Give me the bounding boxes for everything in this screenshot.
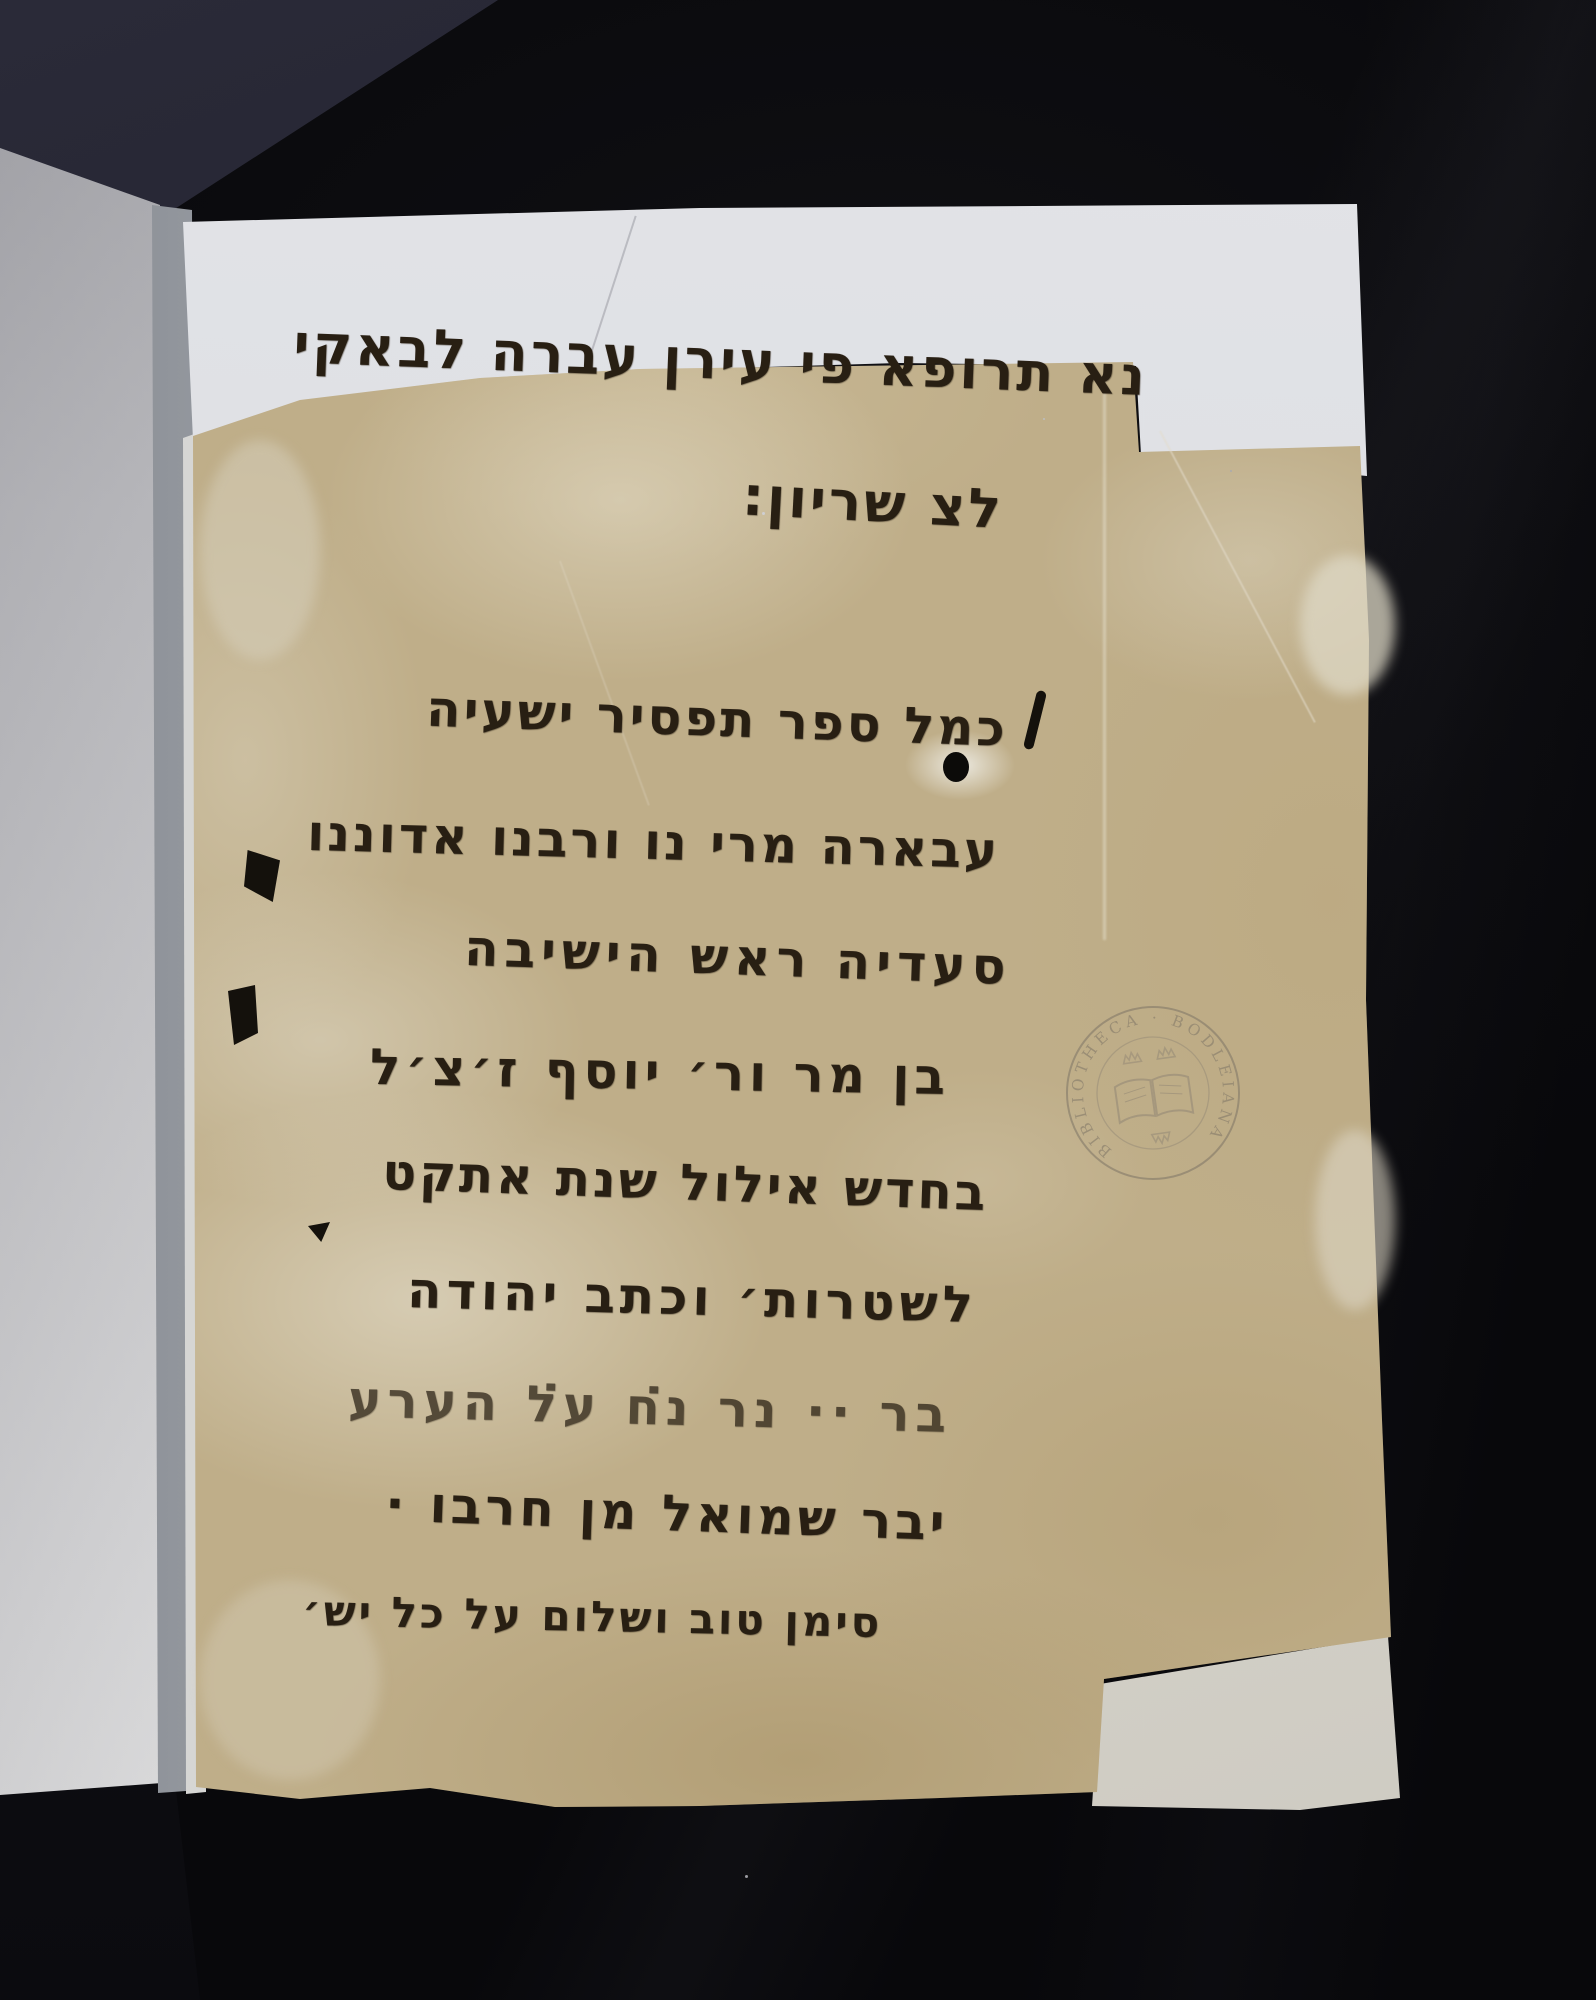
open-book-icon [1114,1072,1193,1122]
leaf-crease [1103,380,1106,940]
dust-speck [762,512,765,515]
worn-patch [1315,1130,1395,1310]
manuscript-photo: נא תרופא פי עירן עברה לבאקי לצ שריון: כמ… [0,0,1596,2000]
colophon-line-4: בן מר ור׳ יוסף ז׳צ׳ל [370,1038,951,1106]
worn-patch [1300,555,1395,695]
library-stamp: BIBLIOTHECA · BODLEIANA [1046,986,1261,1201]
dust-speck [1043,418,1045,420]
dust-speck [745,1875,748,1878]
dust-speck [1230,470,1232,472]
worn-patch [200,440,320,660]
